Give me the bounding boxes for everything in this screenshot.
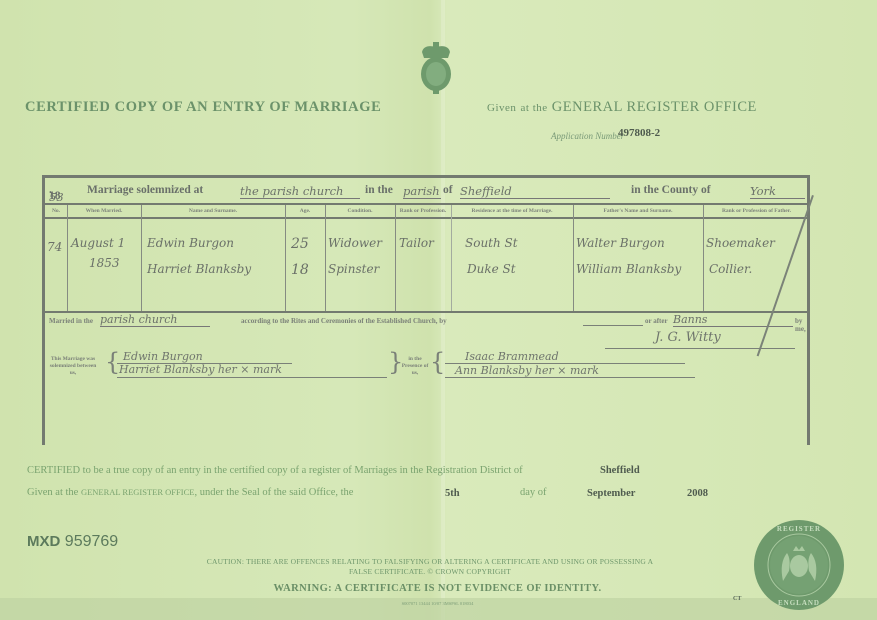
county-value: York (750, 184, 805, 199)
certificate-serial: MXD 959769 (27, 533, 118, 551)
register-heading-line: 1853. Marriage solemnized at the parish … (45, 178, 807, 205)
document-title: CERTIFIED COPY OF AN ENTRY OF MARRIAGE (25, 99, 381, 116)
royal-crest-icon (416, 42, 456, 94)
groom-father-name: Walter Burgon (576, 236, 665, 250)
bride-condition: Spinster (328, 262, 379, 276)
bride-father-profession: Collier. (709, 262, 752, 276)
groom-father-profession: Shoemaker (706, 236, 775, 250)
registration-district: Sheffield (600, 465, 640, 476)
district-type: parish (403, 184, 441, 199)
groom-profession: Tailor (399, 236, 434, 250)
marriage-date-line2: 1853 (89, 256, 120, 270)
svg-text:ENGLAND: ENGLAND (778, 599, 820, 607)
day-of-label: day of (520, 487, 547, 498)
ct-mark: CT (733, 596, 741, 602)
groom-name: Edwin Burgon (147, 236, 234, 250)
bride-age: 18 (291, 262, 309, 278)
caution-notice: CAUTION: THERE ARE OFFENCES RELATING TO … (150, 557, 710, 577)
groom-condition: Widower (328, 236, 382, 250)
certified-year: 2008 (687, 488, 708, 499)
between-us-label: This Marriage was solemnized between us, (49, 356, 97, 377)
print-code: S007071 13444 10/07 3MSPSL 018034 (250, 601, 625, 606)
witness1-signature: Isaac Brammead (465, 350, 559, 363)
or-after-value: Banns (673, 313, 793, 327)
groom-residence: South St (465, 236, 518, 250)
solemnized-label: Marriage solemnized at (87, 184, 203, 196)
certification-line-2: Given at the General Register Office, un… (27, 487, 353, 498)
married-in-value: parish church (100, 313, 210, 327)
issuing-office-heading: Given at the GENERAL REGISTER OFFICE (487, 99, 757, 116)
bride-signature: Harriet Blanksby her × mark (119, 363, 282, 376)
groom-signature: Edwin Burgon (123, 350, 203, 363)
application-number-label: Application Number (551, 131, 624, 141)
application-number: 497808-2 (618, 127, 660, 139)
bride-name: Harriet Blanksby (147, 262, 251, 276)
identity-warning: WARNING: A CERTIFICATE IS NOT EVIDENCE O… (250, 583, 625, 594)
certified-month: September (587, 488, 635, 499)
witness2-signature: Ann Blanksby her × mark (455, 364, 599, 377)
svg-text:REGISTER: REGISTER (777, 525, 821, 533)
presence-label: in the Presence of us, (400, 356, 430, 377)
general-register-office-seal-icon: REGISTER ENGLAND (753, 519, 845, 611)
bride-residence: Duke St (467, 262, 516, 276)
certified-day: 5th (445, 488, 460, 499)
certification-line-1: CERTIFIED to be a true copy of an entry … (27, 465, 523, 476)
bride-father-name: William Blanksby (576, 262, 681, 276)
entry-number: 74 (47, 240, 62, 254)
solemnized-place: the parish church (240, 184, 360, 199)
marriage-date-line1: August 1 (71, 236, 125, 250)
parish-value: Sheffield (460, 184, 610, 199)
officiant-signature: J. G. Witty (655, 330, 721, 345)
register-column-headers: No. When Married. Name and Surname. Age.… (45, 205, 807, 219)
marriage-register-entry: 1853. Marriage solemnized at the parish … (42, 175, 810, 445)
groom-age: 25 (291, 236, 309, 252)
year-value: 53 (49, 190, 64, 204)
